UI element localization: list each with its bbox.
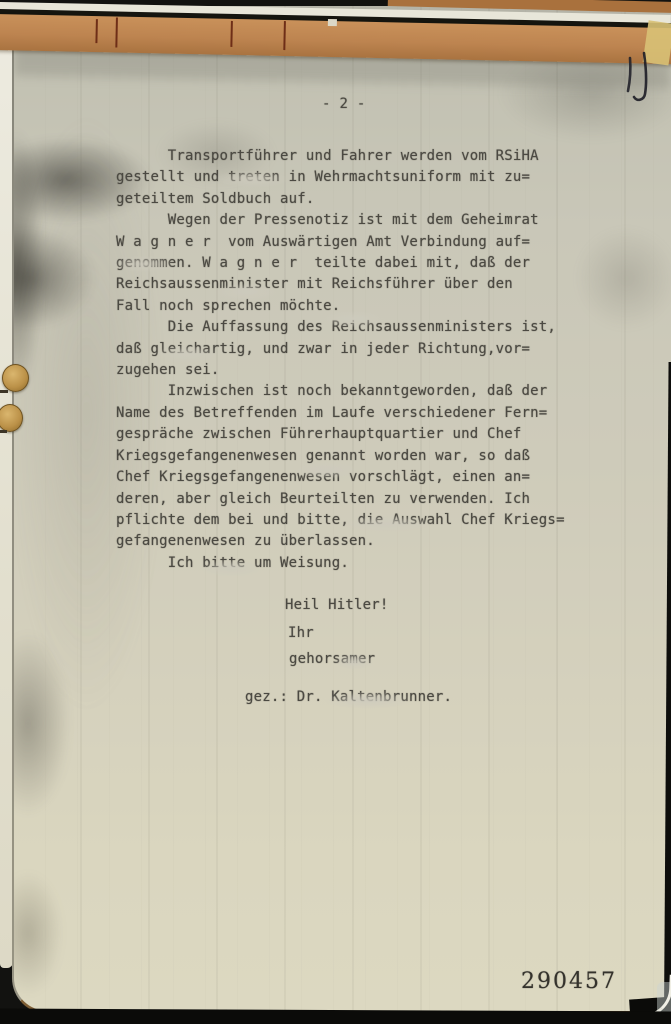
ink-fade-spot [207,281,285,303]
closing-salute: Heil Hitler! [285,597,389,613]
ink-fade-spot [312,308,394,330]
scanned-document-page: - 2 - Transportführer und Fahrer werden … [0,0,671,1024]
bottom-background-band [0,1009,671,1024]
binding-grommet [2,364,29,392]
tape-tear-mark [115,18,118,48]
ink-fade-spot [147,343,225,365]
tape-notch [328,19,337,26]
tape-tear-mark [95,19,98,43]
ink-fade-spot [204,168,299,190]
handwritten-mark [618,48,660,110]
fastener-wire [0,390,8,393]
page-number: - 2 - [322,96,366,112]
archive-stamp-number: 290457 [521,969,617,994]
fastener-wire [0,430,7,433]
tape-tear-mark [230,21,233,47]
ink-fade-spot [282,459,370,481]
ink-fade-spot [312,689,424,711]
ink-fade-spot [102,253,184,275]
ink-fade-spot [327,513,449,535]
tape-tear-mark [283,21,286,50]
closing-line-2: Ihr [288,625,314,641]
paper-sheet: - 2 - Transportführer und Fahrer werden … [12,6,671,1014]
ink-fade-spot [327,651,381,673]
ink-fade-spot [192,557,270,579]
